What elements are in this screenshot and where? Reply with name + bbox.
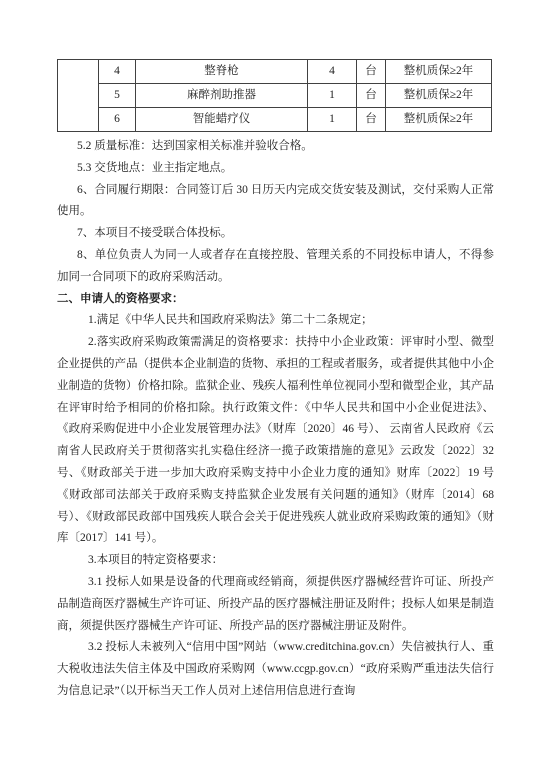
equipment-table: 4 整脊枪 4 台 整机质保≥2年 5 麻醉剂助推器 1 台 整机质保≥2年 6…	[57, 59, 492, 132]
clause-medical-device-licenses: 3.1 投标人如果是设备的代理商或经销商，须提供医疗器械经营许可证、所投产品制造…	[57, 572, 494, 637]
table-cell-warranty: 整机质保≥2年	[386, 84, 492, 108]
document-body: 5.2 质量标准：达到国家相关标准并验收合格。 5.3 交货地点：业主指定地点。…	[57, 131, 494, 703]
table-cell-unit: 台	[357, 84, 386, 108]
clause-related-bidders-restriction: 8、单位负责人为同一人或者存在直接控股、管理关系的不同投标申请人，不得参加同一合…	[57, 245, 494, 289]
table-cell-unit: 台	[357, 60, 386, 84]
table-cell-warranty: 整机质保≥2年	[386, 108, 492, 132]
clause-contract-performance-period: 6、合同履行期限：合同签订后 30 日历天内完成交货安装及测试，交付采购人正常使…	[57, 180, 494, 224]
table-cell-unit: 台	[357, 108, 386, 132]
clause-delivery-place: 5.3 交货地点：业主指定地点。	[57, 158, 494, 180]
document-page: 4 整脊枪 4 台 整机质保≥2年 5 麻醉剂助推器 1 台 整机质保≥2年 6…	[0, 0, 550, 776]
clause-specific-qualifications-title: 3.本项目的特定资格要求：	[57, 550, 494, 572]
table-cell-seq: 5	[99, 84, 136, 108]
table-cell-seq: 4	[99, 60, 136, 84]
table-cell-quantity: 4	[308, 60, 357, 84]
table-cell-seq: 6	[99, 108, 136, 132]
table-cell-quantity: 1	[308, 108, 357, 132]
table-row: 6 智能蜡疗仪 1 台 整机质保≥2年	[58, 108, 492, 132]
table-cell-item-name: 智能蜡疗仪	[136, 108, 308, 132]
table-cell-quantity: 1	[308, 84, 357, 108]
section-heading-applicant-qualifications: 二、申请人的资格要求：	[57, 289, 494, 311]
clause-sme-policy-requirements: 2.落实政府采购政策需满足的资格要求：扶持中小企业政策：评审时小型、微型企业提供…	[57, 332, 494, 550]
clause-procurement-law-article22: 1.满足《中华人民共和国政府采购法》第二十二条规定；	[57, 310, 494, 332]
clause-quality-standard: 5.2 质量标准：达到国家相关标准并验收合格。	[57, 136, 494, 158]
table-row: 4 整脊枪 4 台 整机质保≥2年	[58, 60, 492, 84]
table-cell-item-name: 麻醉剂助推器	[136, 84, 308, 108]
table-cell-warranty: 整机质保≥2年	[386, 60, 492, 84]
clause-no-consortium-bids: 7、本项目不接受联合体投标。	[57, 223, 494, 245]
table-cell-blank	[58, 60, 99, 132]
table-cell-item-name: 整脊枪	[136, 60, 308, 84]
table-row: 5 麻醉剂助推器 1 台 整机质保≥2年	[58, 84, 492, 108]
clause-credit-china-check: 3.2 投标人未被列入“信用中国”网站（www.creditchina.gov.…	[57, 637, 494, 702]
